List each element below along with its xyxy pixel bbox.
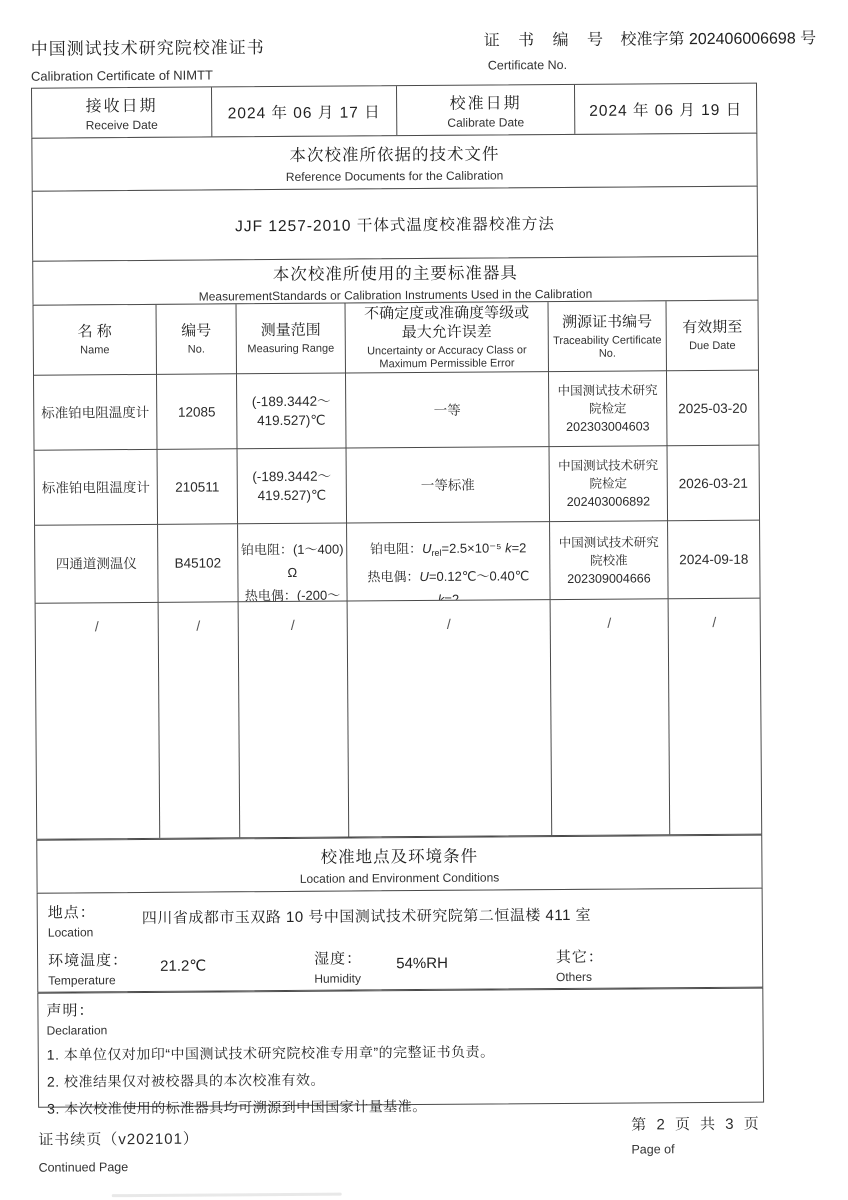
table-row-4-due: / bbox=[669, 599, 762, 835]
declaration-item: 1. 本单位仅对加印“中国测试技术研究院校准专用章”的完整证书负责。 bbox=[47, 1040, 755, 1065]
location-label: 地点： Location bbox=[48, 901, 96, 939]
calibrate-date-value: 2024 年 06 月 19 日 bbox=[575, 84, 756, 134]
table-row-1-uncertainty: 一等 bbox=[346, 372, 550, 448]
footer-continued-page: 证书续页（v202101） Continued Page bbox=[38, 1128, 199, 1175]
col-header-name: 名 称 Name bbox=[34, 305, 157, 376]
declaration-item: 2. 校准结果仅对被校器具的本次校准有效。 bbox=[47, 1067, 755, 1092]
calibrate-date-label: 校准日期 Calibrate Date bbox=[397, 85, 575, 135]
table-row-3-name: 四通道测温仪 bbox=[35, 525, 159, 604]
table-row-2-traceability: 中国测试技术研究 院检定 202403006892 bbox=[550, 446, 669, 522]
certificate-number-label: 证 书 编 号 bbox=[484, 32, 610, 50]
certificate-number: 校准字第 202406006698 号 bbox=[620, 30, 816, 48]
table-row-2-range: (-189.3442～ 419.527)℃ bbox=[238, 449, 348, 525]
table-row-4-name: / bbox=[36, 603, 161, 839]
humidity-value: 54%RH bbox=[396, 955, 448, 972]
standards-table: 名 称 Name 编号 No. 测量范围 Measuring Range 不确定… bbox=[33, 300, 763, 840]
table-row-3-range: 铂电阻：(1～400) Ω 热电偶：(-200～ bbox=[238, 524, 348, 603]
location-environment-box: 地点： Location 四川省成都市玉双路 10 号中国测试技术研究院第二恒温… bbox=[37, 888, 764, 993]
table-row-3-no: B45102 bbox=[158, 524, 239, 603]
standards-section-title: 本次校准所使用的主要标准器具 MeasurementStandards or C… bbox=[32, 256, 758, 306]
table-row-1-traceability: 中国测试技术研究 院检定 202303004603 bbox=[549, 371, 668, 447]
reference-section-title: 本次校准所依据的技术文件 Reference Documents for the… bbox=[31, 133, 757, 192]
declaration-title-en: Declaration bbox=[47, 1019, 755, 1038]
humidity-label: 湿度： Humidity bbox=[314, 947, 362, 985]
table-row-1-name: 标准铂电阻温度计 bbox=[34, 375, 158, 451]
table-row-3-uncertainty: 铂电阻：Urel=2.5×10⁻⁵ k=2 热电偶：U=0.12℃～0.40℃ … bbox=[347, 522, 551, 601]
header-right: 证 书 编 号 校准字第 202406006698 号 Certificate … bbox=[484, 25, 814, 72]
others-label: 其它： Others bbox=[556, 946, 604, 984]
table-row-2-no: 210511 bbox=[158, 449, 239, 525]
scan-artifact bbox=[112, 1193, 342, 1198]
table-row-2-name: 标准铂电阻温度计 bbox=[35, 450, 159, 526]
location-value: 四川省成都市玉双路 10 号中国测试技术研究院第二恒温楼 411 室 bbox=[142, 904, 591, 928]
table-row-4-traceability: / bbox=[551, 599, 671, 835]
table-row-2-uncertainty: 一等标准 bbox=[347, 447, 551, 523]
certificate-number-label-en: Certificate No. bbox=[488, 56, 814, 72]
table-row-1-due: 2025-03-20 bbox=[667, 371, 759, 447]
footer-page-number: 第 2 页 共 3 页 Page of bbox=[631, 1113, 762, 1157]
reference-document: JJF 1257-2010 干体式温度校准器校准方法 bbox=[32, 186, 758, 262]
col-header-traceability: 溯源证书编号 Traceability Certificate No. bbox=[549, 301, 667, 372]
declaration-title: 声明： bbox=[46, 995, 754, 1021]
temperature-label: 环境温度： Temperature bbox=[48, 949, 128, 988]
table-row-4-range: / bbox=[239, 602, 350, 838]
col-header-uncertainty: 不确定度或准确度等级或 最大允许误差 Uncertainty or Accura… bbox=[346, 302, 549, 373]
page-title: 中国测试技术研究院校准证书 bbox=[31, 33, 265, 60]
table-row-1-no: 12085 bbox=[157, 374, 238, 450]
table-row-2-due: 2026-03-21 bbox=[668, 446, 760, 522]
table-row-1-range: (-189.3442～ 419.527)℃ bbox=[237, 374, 347, 450]
temperature-value: 21.2℃ bbox=[160, 957, 206, 975]
table-row-4-uncertainty: / bbox=[348, 600, 553, 836]
col-header-due-date: 有效期至 Due Date bbox=[667, 301, 758, 372]
table-row-4-no: / bbox=[159, 602, 241, 838]
declaration-box: 声明： Declaration 1. 本单位仅对加印“中国测试技术研究院校准专用… bbox=[37, 988, 764, 1108]
table-row-3-due: 2024-09-18 bbox=[668, 521, 760, 600]
header-left: 中国测试技术研究院校准证书 Calibration Certificate of… bbox=[31, 33, 265, 84]
table-row-3-traceability: 中国测试技术研究 院校准 202309004666 bbox=[550, 521, 669, 600]
location-section-title: 校准地点及环境条件 Location and Environment Condi… bbox=[36, 835, 762, 894]
col-header-no: 编号 No. bbox=[157, 304, 237, 375]
calibration-certificate-page: 中国测试技术研究院校准证书 Calibration Certificate of… bbox=[0, 0, 848, 1200]
col-header-range: 测量范围 Measuring Range bbox=[237, 304, 346, 375]
date-table: 接收日期 Receive Date 2024 年 06 月 17 日 校准日期 … bbox=[31, 83, 757, 139]
page-title-en: Calibration Certificate of NIMTT bbox=[31, 67, 265, 84]
receive-date-label: 接收日期 Receive Date bbox=[32, 87, 212, 137]
receive-date-value: 2024 年 06 月 17 日 bbox=[212, 86, 397, 136]
